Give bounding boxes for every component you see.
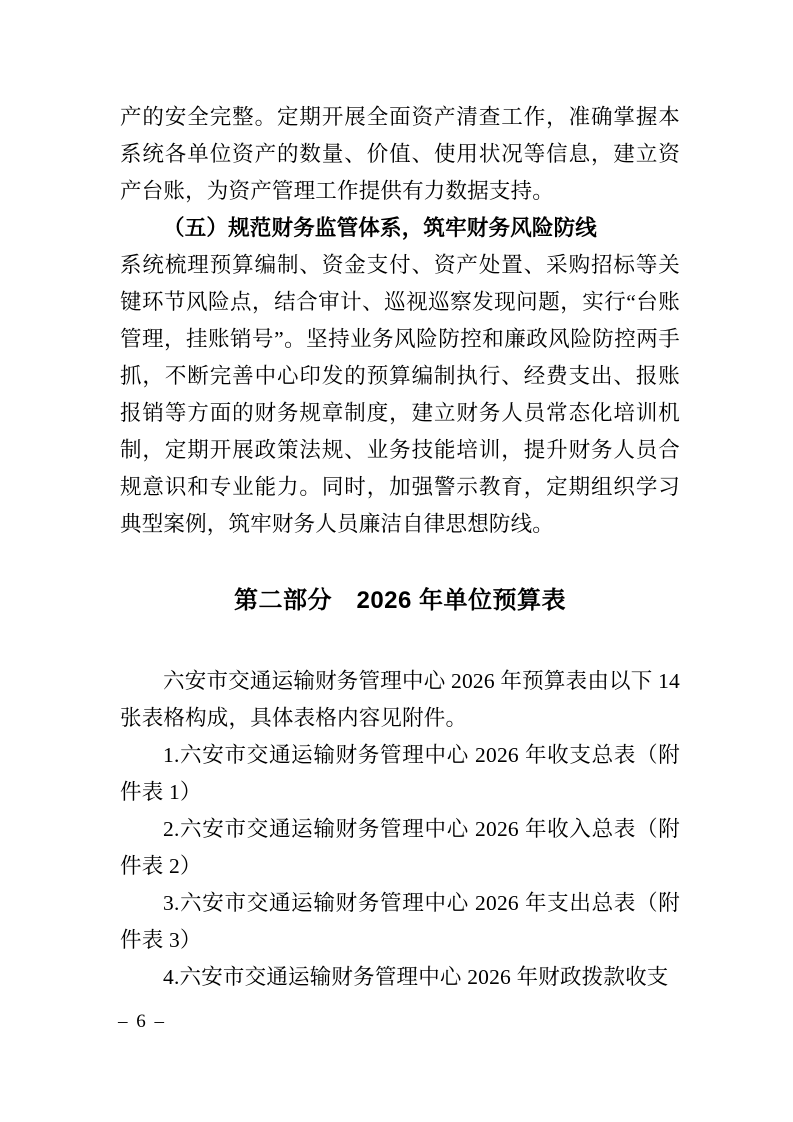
budget-table-item-4: 4.六安市交通运输财务管理中心 2026 年财政拨款收支: [120, 959, 680, 996]
paragraph-financial-supervision: 系统梳理预算编制、资金支付、资产处置、采购招标等关键环节风险点，结合审计、巡视巡…: [120, 247, 680, 543]
document-page: 产的安全完整。定期开展全面资产清查工作，准确掌握本系统各单位资产的数量、价值、使…: [0, 0, 793, 1122]
budget-table-item-2: 2.六安市交通运输财务管理中心 2026 年收入总表（附件表 2）: [120, 811, 680, 885]
budget-table-item-3: 3.六安市交通运输财务管理中心 2026 年支出总表（附件表 3）: [120, 885, 680, 959]
page-number: – 6 –: [118, 1010, 166, 1034]
heading-section-5: （五）规范财务监管体系，筑牢财务风险防线: [120, 210, 680, 247]
budget-tables-intro-paragraph: 六安市交通运输财务管理中心 2026 年预算表由以下 14 张表格构成，具体表格…: [120, 663, 680, 737]
document-body: 产的安全完整。定期开展全面资产清查工作，准确掌握本系统各单位资产的数量、价值、使…: [120, 99, 680, 996]
part2-section-title: 第二部分 2026 年单位预算表: [120, 582, 680, 619]
budget-table-item-1: 1.六安市交通运输财务管理中心 2026 年收支总表（附件表 1）: [120, 737, 680, 811]
paragraph-asset-management-continuation: 产的安全完整。定期开展全面资产清查工作，准确掌握本系统各单位资产的数量、价值、使…: [120, 99, 680, 210]
